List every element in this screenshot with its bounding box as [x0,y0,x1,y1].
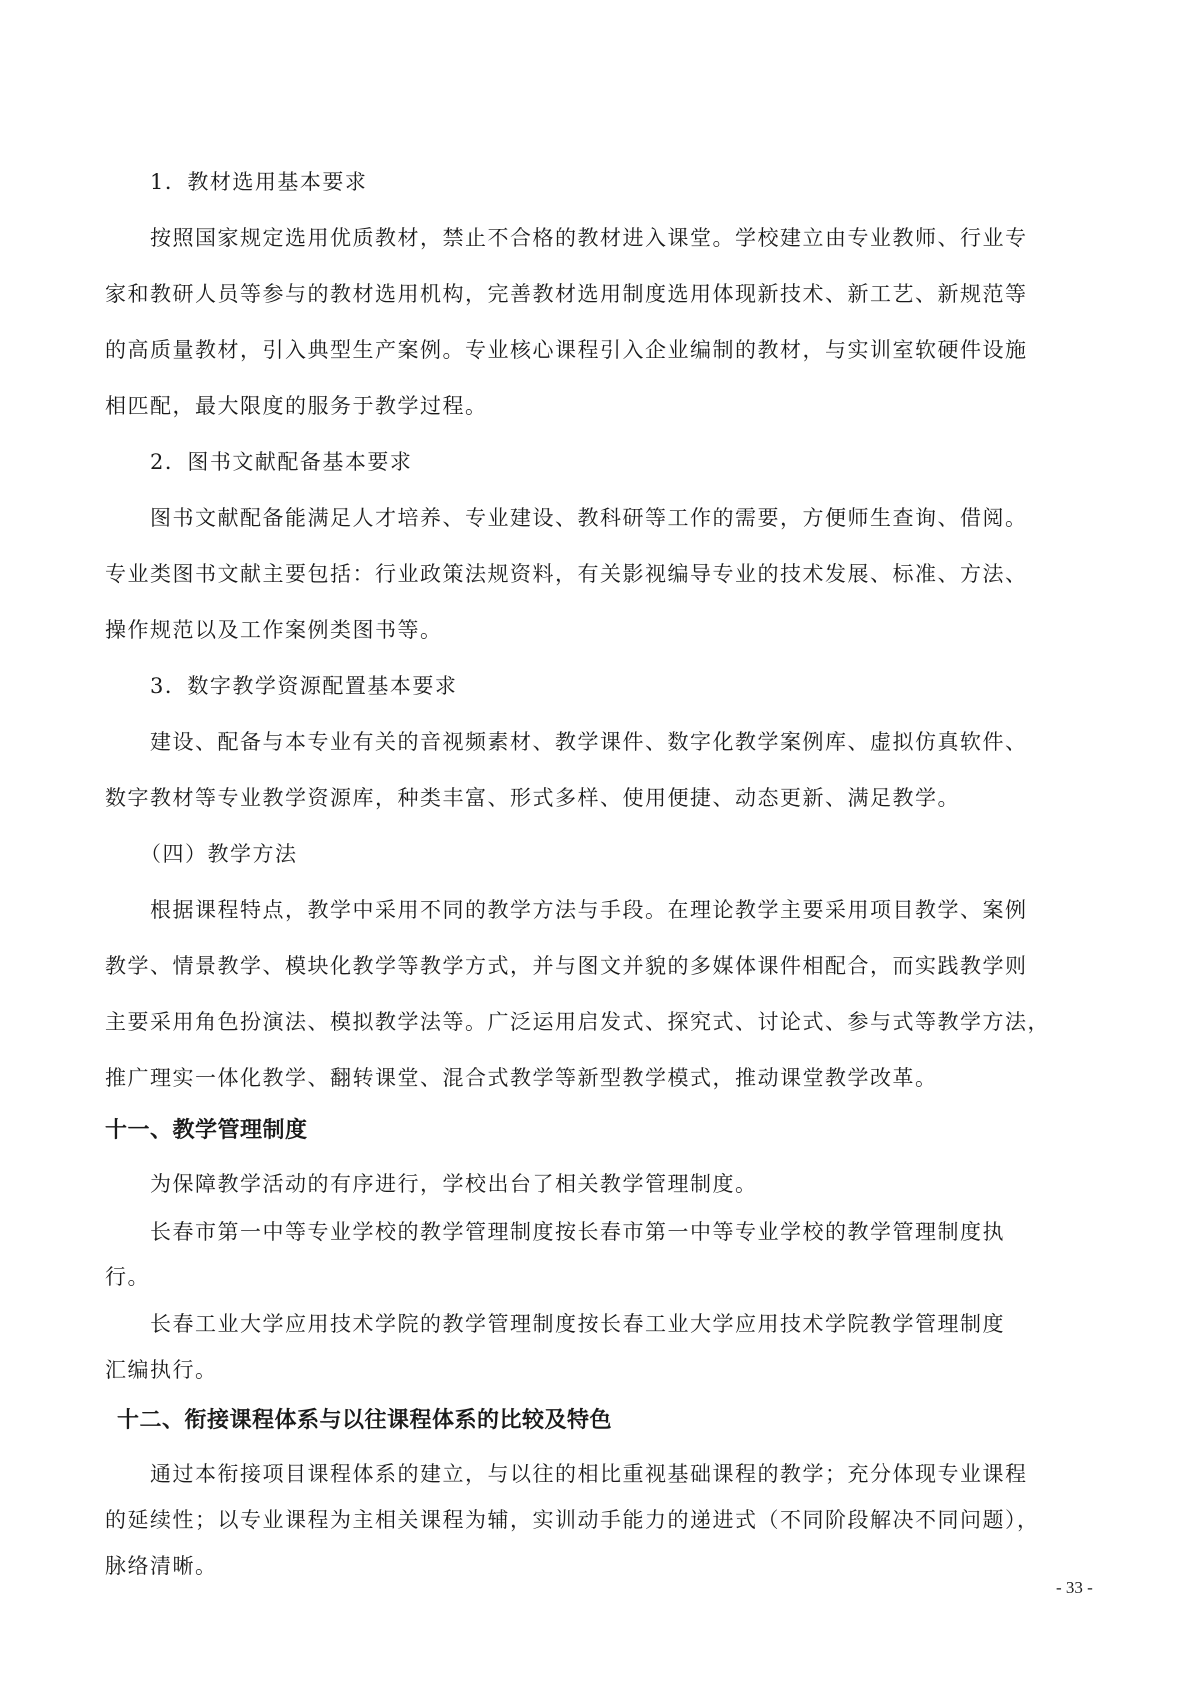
subsection-heading: （四）教学方法 [140,842,298,866]
paragraph-line: 根据课程特点，教学中采用不同的教学方法与手段。在理论教学主要采用项目教学、案例 [150,898,1028,922]
paragraph-line: 汇编执行。 [105,1358,218,1382]
paragraph-line: 主要采用角色扮演法、模拟教学法等。广泛运用启发式、探究式、讨论式、参与式等教学方… [105,1010,1050,1034]
paragraph-line: 行。 [105,1265,150,1289]
paragraph-line: 教学、情景教学、模块化教学等教学方式，并与图文并貌的多媒体课件相配合，而实践教学… [105,954,1028,978]
paragraph-line: 推广理实一体化教学、翻转课堂、混合式教学等新型教学模式，推动课堂教学改革。 [105,1066,938,1090]
paragraph-line: 通过本衔接项目课程体系的建立，与以往的相比重视基础课程的教学；充分体现专业课程 [150,1462,1028,1486]
paragraph-line: 长春工业大学应用技术学院的教学管理制度按长春工业大学应用技术学院教学管理制度 [150,1312,1005,1336]
paragraph-line: 的延续性；以专业课程为主相关课程为辅，实训动手能力的递进式（不同阶段解决不同问题… [105,1508,1040,1532]
page-number: - 33 - [1056,1578,1093,1598]
paragraph-line: 长春市第一中等专业学校的教学管理制度按长春市第一中等专业学校的教学管理制度执 [150,1220,1005,1244]
paragraph-line: 相匹配，最大限度的服务于教学过程。 [105,394,488,418]
paragraph-line: 图书文献配备能满足人才培养、专业建设、教科研等工作的需要，方便师生查询、借阅。 [150,506,1028,530]
paragraph-line: 脉络清晰。 [105,1554,218,1578]
subsection-heading: 2．图书文献配备基本要求 [150,450,412,474]
paragraph-line: 数字教材等专业教学资源库，种类丰富、形式多样、使用便捷、动态更新、满足教学。 [105,786,960,810]
paragraph-line: 专业类图书文献主要包括：行业政策法规资料，有关影视编导专业的技术发展、标准、方法… [105,562,1028,586]
paragraph-line: 按照国家规定选用优质教材，禁止不合格的教材进入课堂。学校建立由专业教师、行业专 [150,226,1028,250]
paragraph-line: 为保障教学活动的有序进行，学校出台了相关教学管理制度。 [150,1172,758,1196]
section-heading: 十一、教学管理制度 [105,1118,308,1144]
paragraph-line: 家和教研人员等参与的教材选用机构，完善教材选用制度选用体现新技术、新工艺、新规范… [105,282,1028,306]
subsection-heading: 3．数字教学资源配置基本要求 [150,674,457,698]
section-heading: 十二、衔接课程体系与以往课程体系的比较及特色 [117,1408,612,1434]
paragraph-line: 操作规范以及工作案例类图书等。 [105,618,443,642]
paragraph-line: 的高质量教材，引入典型生产案例。专业核心课程引入企业编制的教材，与实训室软硬件设… [105,338,1028,362]
subsection-heading: 1．教材选用基本要求 [150,170,367,194]
paragraph-line: 建设、配备与本专业有关的音视频素材、教学课件、数字化教学案例库、虚拟仿真软件、 [150,730,1028,754]
